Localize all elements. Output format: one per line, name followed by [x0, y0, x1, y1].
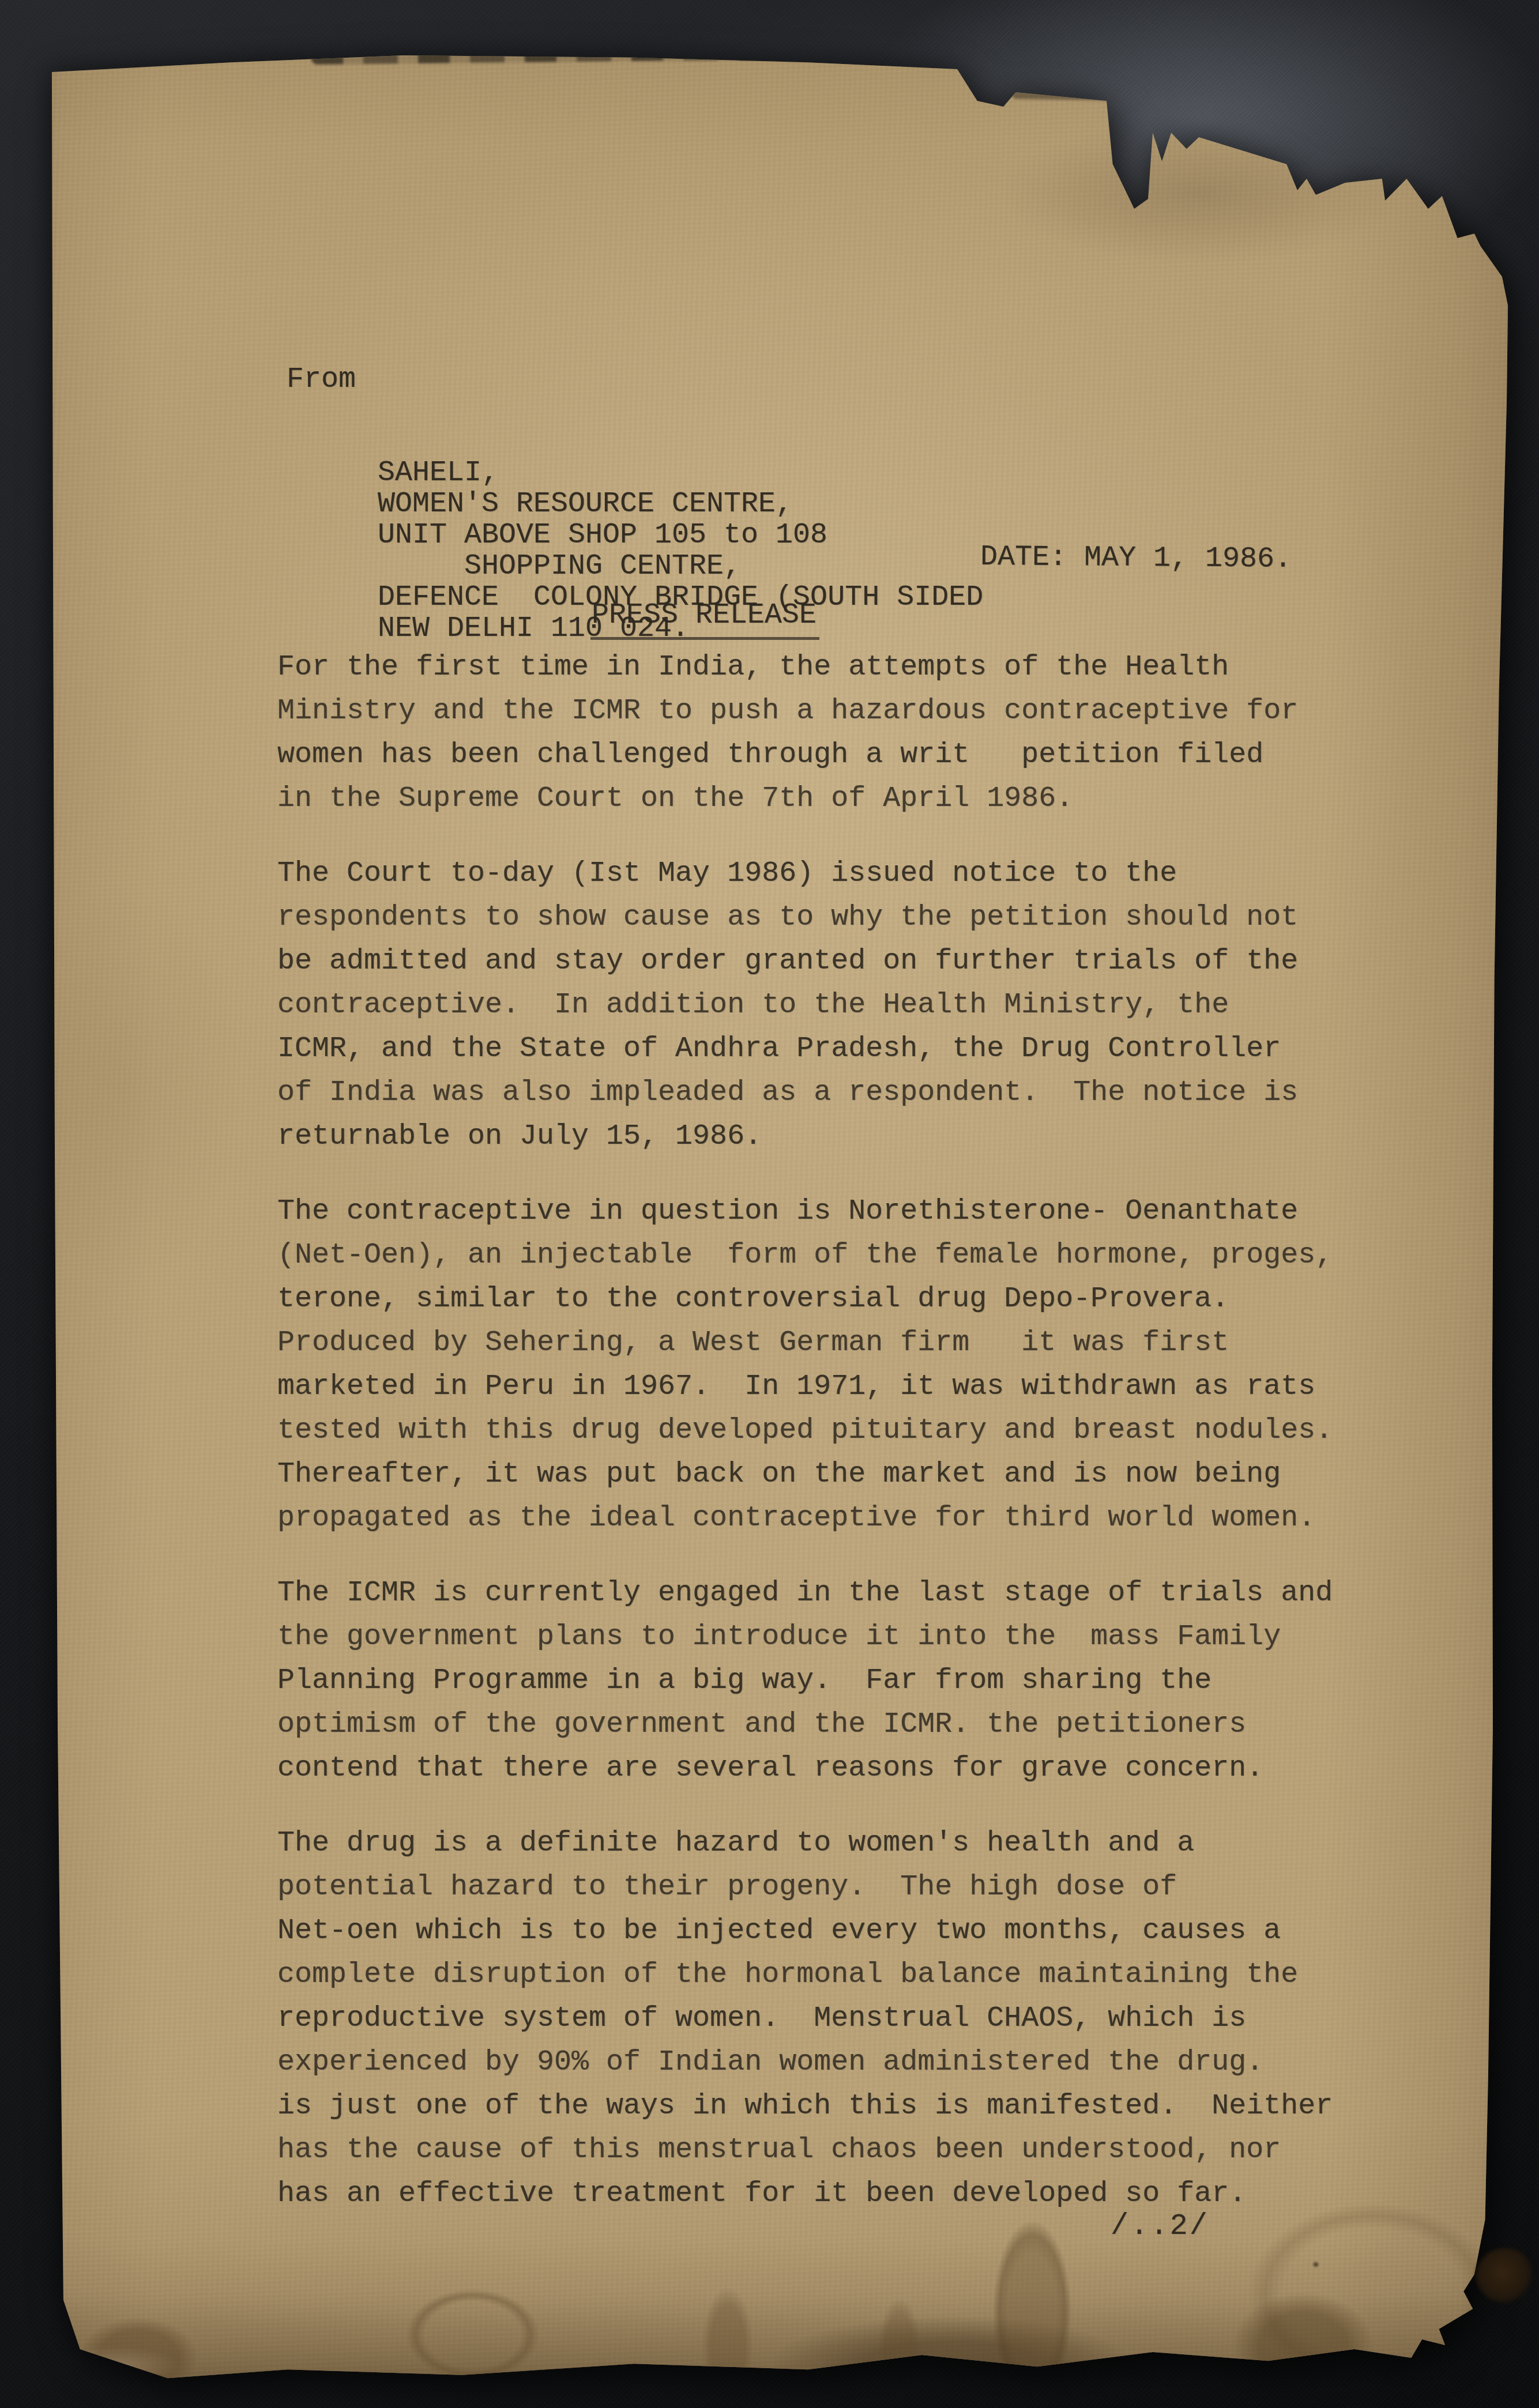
- typed-line: For the first time in India, the attempt…: [277, 646, 1333, 689]
- sender-address-line: SHOPPING CENTRE,: [378, 551, 983, 582]
- typed-line: terone, similar to the controversial dru…: [277, 1278, 1333, 1321]
- typed-line: complete disruption of the hormonal bala…: [277, 1953, 1333, 1997]
- typed-line: Ministry and the ICMR to push a hazardou…: [277, 689, 1333, 733]
- typed-line: of India was also impleaded as a respond…: [277, 1071, 1333, 1115]
- typed-line: optimism of the government and the ICMR.…: [277, 1703, 1333, 1747]
- paper-shadow-wrap: From SAHELI,WOMEN'S RESOURCE CENTRE,UNIT…: [0, 0, 1539, 2408]
- typed-line: The Court to-day (Ist May 1986) issued n…: [277, 852, 1333, 896]
- typed-line: in the Supreme Court on the 7th of April…: [277, 777, 1333, 821]
- typed-line: contend that there are several reasons f…: [277, 1747, 1333, 1791]
- typed-line: is just one of the ways in which this is…: [277, 2085, 1333, 2128]
- ink-stain-bottom-right: [1476, 2248, 1534, 2303]
- typed-line: (Net-Oen), an injectable form of the fem…: [277, 1234, 1333, 1278]
- paragraph: For the first time in India, the attempt…: [277, 646, 1333, 821]
- photographed-press-release: From SAHELI,WOMEN'S RESOURCE CENTRE,UNIT…: [0, 0, 1539, 2408]
- sender-address-line: UNIT ABOVE SHOP 105 to 108: [378, 520, 983, 551]
- paragraph: The Court to-day (Ist May 1986) issued n…: [277, 852, 1333, 1159]
- typed-line: The ICMR is currently engaged in the las…: [277, 1572, 1333, 1615]
- typed-line: The contraceptive in question is Norethi…: [277, 1190, 1333, 1234]
- typed-line: Thereafter, it was put back on the marke…: [277, 1453, 1333, 1497]
- typewritten-content: From SAHELI,WOMEN'S RESOURCE CENTRE,UNIT…: [0, 0, 1539, 2408]
- press-release-title-text: PRESS RELEASE: [590, 599, 819, 640]
- typed-line: Net-oen which is to be injected every tw…: [277, 1909, 1333, 1953]
- typed-line: potential hazard to their progeny. The h…: [277, 1866, 1333, 1909]
- typed-line: has the cause of this menstrual chaos be…: [277, 2128, 1333, 2172]
- typed-line: women has been challenged through a writ…: [277, 733, 1333, 777]
- sender-address-line: SAHELI,: [378, 458, 983, 489]
- typed-line: respondents to show cause as to why the …: [277, 896, 1333, 940]
- sender-from-label: From: [287, 364, 983, 395]
- typed-line: tested with this drug developed pituitar…: [277, 1409, 1333, 1453]
- typed-line: marketed in Peru in 1967. In 1971, it wa…: [277, 1365, 1333, 1409]
- typed-line: contraceptive. In addition to the Health…: [277, 983, 1333, 1027]
- typed-line: be admitted and stay order granted on fu…: [277, 940, 1333, 983]
- typed-line: reproductive system of women. Menstrual …: [277, 1997, 1333, 2041]
- typed-line: ICMR, and the State of Andhra Pradesh, t…: [277, 1027, 1333, 1071]
- sender-address-line: WOMEN'S RESOURCE CENTRE,: [378, 489, 983, 520]
- typed-line: the government plans to introduce it int…: [277, 1615, 1333, 1659]
- date-line: DATE: MAY 1, 1986.: [980, 542, 1292, 575]
- paragraph: The ICMR is currently engaged in the las…: [277, 1572, 1333, 1791]
- typed-line: returnable on July 15, 1986.: [277, 1115, 1333, 1159]
- body-paragraphs: For the first time in India, the attempt…: [277, 646, 1333, 2247]
- page-number-marker: /..2/: [1111, 2209, 1209, 2243]
- paragraph: The drug is a definite hazard to women's…: [277, 1822, 1333, 2216]
- typed-line: Produced by Sehering, a West German firm…: [277, 1321, 1333, 1365]
- paper-sheet-torn-corner: From SAHELI,WOMEN'S RESOURCE CENTRE,UNIT…: [0, 0, 1539, 2408]
- typed-line: Planning Programme in a big way. Far fro…: [277, 1659, 1333, 1703]
- paragraph: The contraceptive in question is Norethi…: [277, 1190, 1333, 1540]
- typed-line: The drug is a definite hazard to women's…: [277, 1822, 1333, 1866]
- press-release-title: PRESS RELEASE: [592, 600, 819, 632]
- typed-line: experienced by 90% of Indian women admin…: [277, 2041, 1333, 2085]
- typed-line: propagated as the ideal contraceptive fo…: [277, 1497, 1333, 1540]
